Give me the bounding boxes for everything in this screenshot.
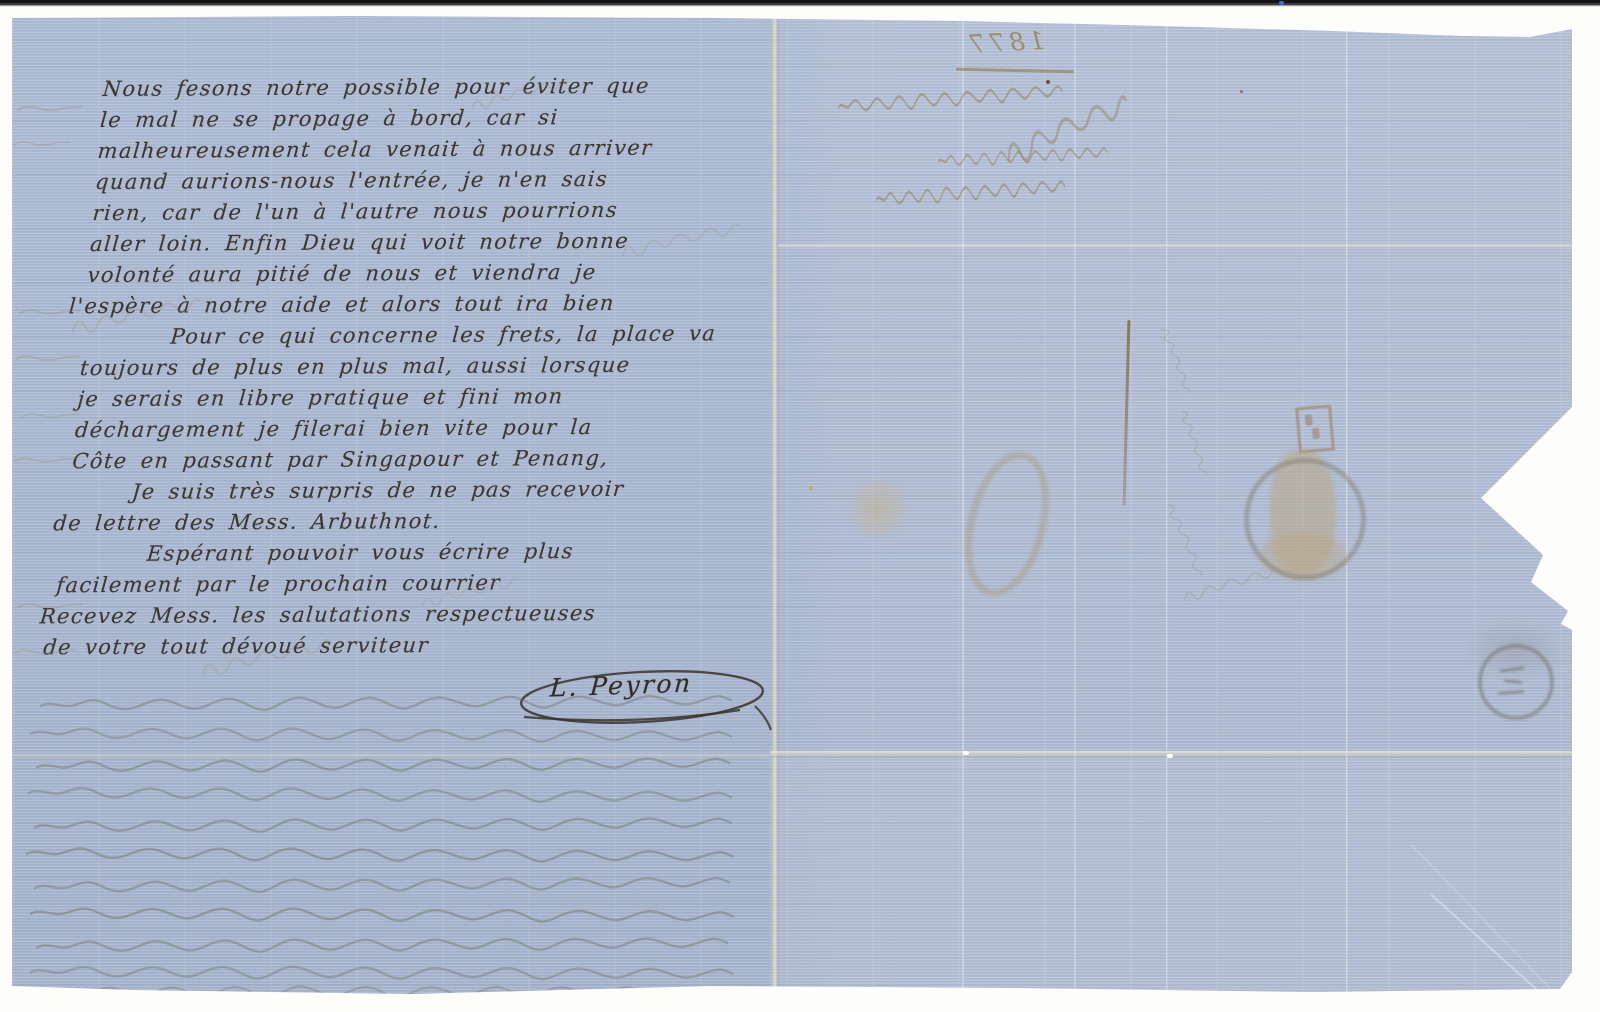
bleedthrough-line (30, 900, 744, 930)
bleedthrough-script-mark (875, 171, 1069, 214)
bleedthrough-script-mark (1155, 499, 1205, 577)
bleedthrough-line (36, 930, 738, 960)
letter-line: je serais en libre pratique et fini mon (76, 380, 751, 415)
bleedthrough-script-mark (1180, 564, 1277, 616)
letter-line: rien, car de l'un à l'autre nous pourrio… (91, 194, 766, 229)
boxed-stamp-glyph (1305, 414, 1313, 426)
paper-speck (1240, 90, 1243, 93)
letter-line: malheureusement cela venait à nous arriv… (96, 132, 771, 167)
postmark-mark (1500, 666, 1524, 672)
bleedthrough-margin-mark (12, 138, 74, 150)
paper-speck (809, 486, 813, 490)
letter-text-block: Nous fesons notre possible pour éviter q… (56, 70, 776, 663)
bleedthrough-line (60, 980, 712, 1004)
postmark-mark (1504, 679, 1522, 684)
letter-scan: Nous fesons notre possible pour éviter q… (0, 0, 1600, 1012)
letter-line: Pour ce qui concerne les frets, la place… (169, 318, 756, 353)
letter-line: le mal ne se propage à bord, car si (99, 101, 774, 136)
bleedthrough-text-mark (199, 638, 324, 692)
letter-line: quand aurions-nous l'entrée, je n'en sai… (94, 163, 769, 198)
bleedthrough-script-mark (1170, 407, 1211, 475)
fold-sparkle (963, 751, 969, 755)
circular-postmark (1478, 644, 1554, 720)
bleedthrough-year-underline (956, 68, 1074, 73)
letter-line: Côte en passant par Singapour et Penang, (71, 442, 746, 477)
bleedthrough-text-mark (69, 299, 193, 347)
bleedthrough-script-mark (837, 76, 1067, 122)
bleedthrough-margin-mark (16, 102, 88, 116)
letter-line: toujours de plus en plus mal, aussi lors… (79, 349, 754, 384)
bleedthrough-margin-mark (16, 600, 88, 613)
bleedthrough-ink-streak (1123, 320, 1131, 506)
bleedthrough-line (40, 688, 742, 719)
letter-line: Je suis très surpris de ne pas recevoir (131, 473, 744, 508)
scanner-edge-strip (0, 0, 1600, 7)
bleedthrough-year: 1877 (949, 25, 1060, 60)
horizontal-crease (778, 244, 1572, 247)
bleedthrough-line (34, 870, 740, 901)
bleedthrough-script-mark (1151, 325, 1194, 394)
paper-speck (1046, 80, 1050, 84)
oval-stamp-showthrough (951, 443, 1062, 605)
bleedthrough-margin-mark (14, 352, 86, 365)
bleedthrough-line (36, 750, 740, 780)
bleedthrough-line (28, 780, 742, 811)
bleedthrough-line (34, 810, 742, 840)
letter-line: facilement par le prochain courrier (55, 566, 736, 601)
round-stain (848, 478, 908, 538)
circular-postmark-showthrough (1244, 458, 1366, 580)
letter-line: Espérant pouvoir vous écrire plus (146, 535, 739, 570)
boxed-stamp-glyph (1312, 428, 1320, 440)
letter-paper: Nous fesons notre possible pour éviter q… (12, 14, 1572, 994)
postmark-mark (1498, 690, 1524, 695)
bleedthrough-line (30, 720, 742, 750)
fold-panel-tint (770, 758, 1572, 994)
boxed-stamp-showthrough (1295, 405, 1335, 454)
bleedthrough-text-mark (619, 222, 734, 272)
letter-line: Nous fesons notre possible pour éviter q… (101, 70, 776, 105)
scanner-strip-blue-speck (1279, 1, 1284, 5)
bleedthrough-line (26, 840, 744, 870)
letter-line: déchargement je filerai bien vite pour l… (74, 411, 749, 446)
bleedthrough-margin-mark (12, 454, 82, 467)
bleedthrough-margin-mark (12, 646, 82, 659)
letter-line: de lettre des Mess. Arbuthnot. (52, 504, 741, 539)
bleedthrough-margin-mark (20, 410, 84, 422)
letter-line: Recevez Mess. les salutations respectueu… (39, 597, 734, 632)
